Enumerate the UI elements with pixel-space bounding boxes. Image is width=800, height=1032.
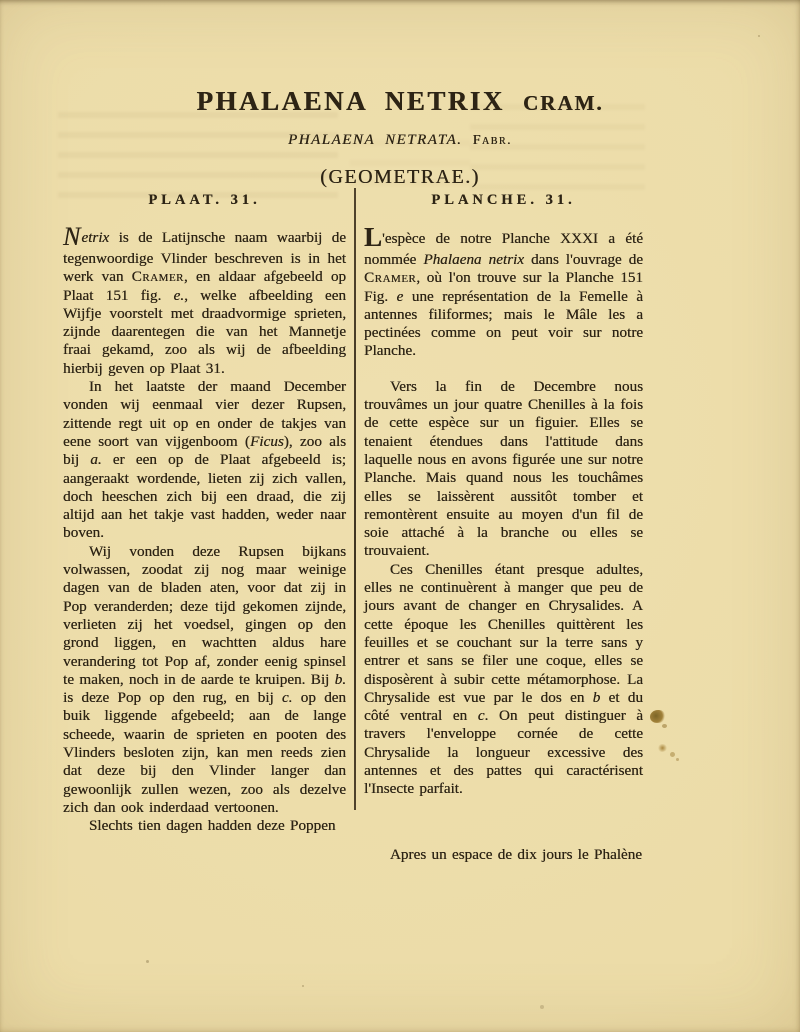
paragraph-dutch-3: Wij vonden deze Rupsen bijkans volwassen… (63, 543, 346, 817)
paragraph-french-2: Vers la fin de Decembre nous trouvâmes u… (364, 378, 643, 561)
title-author-abbrev: CRAM. (523, 91, 604, 115)
paper-speck (540, 1005, 544, 1009)
left-column-dutch: PLAAT. 31. Netrix is de Latijnsche naam … (63, 192, 346, 836)
page-header: PHALAENA NETRIX CRAM. PHALAENA NETRATA. … (0, 0, 800, 189)
two-column-text-block: PLAAT. 31. Netrix is de Latijnsche naam … (63, 192, 645, 864)
synonym-author-abbrev: Fabr. (473, 133, 512, 148)
ink-stain (676, 758, 679, 761)
ink-stain (670, 752, 675, 757)
paragraph-dutch-1: Netrix is de Latijnsche naam waarbij de … (63, 224, 346, 378)
ink-stain (662, 724, 667, 728)
column-divider-rule (354, 188, 356, 810)
paper-speck (146, 960, 149, 963)
ink-stain (658, 744, 667, 752)
left-column-heading: PLAAT. 31. (63, 192, 346, 209)
family-name: (GEOMETRAE.) (0, 166, 800, 189)
paragraph-french-1: L'espèce de notre Planche XXXI a été nom… (364, 224, 643, 361)
synonym-name: PHALAENA NETRATA. (288, 132, 462, 148)
paper-speck (302, 985, 304, 987)
scanned-book-page: PHALAENA NETRIX CRAM. PHALAENA NETRATA. … (0, 0, 800, 1032)
synonym-subtitle: PHALAENA NETRATA. Fabr. (0, 132, 800, 149)
right-column-heading: PLANCHE. 31. (364, 192, 643, 209)
ink-stain (650, 710, 665, 723)
paragraph-dutch-2: In het laatste der maand December vonden… (63, 378, 346, 543)
species-title: PHALAENA NETRIX (196, 86, 504, 116)
paragraph-dutch-4: Slechts tien dagen hadden deze Poppen (63, 817, 346, 835)
paragraph-french-3: Ces Chenilles étant presque adultes, ell… (364, 561, 643, 799)
page-title: PHALAENA NETRIX CRAM. (0, 86, 800, 117)
right-column-french: PLANCHE. 31. L'espèce de notre Planche X… (364, 192, 643, 864)
paragraph-french-4: Apres un espace de dix jours le Phalène (364, 846, 643, 864)
